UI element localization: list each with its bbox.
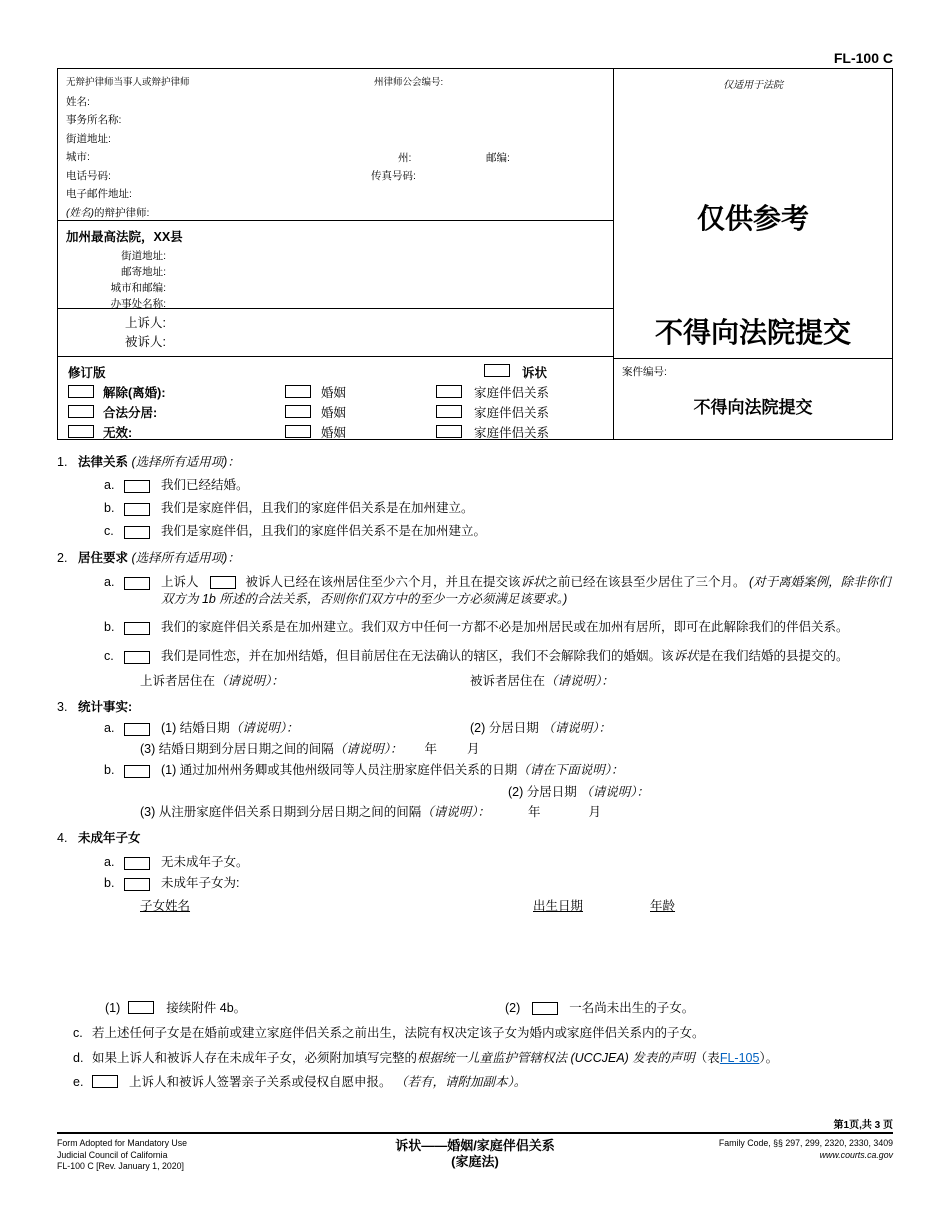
party-box: 上诉人: 被诉人: (58, 309, 613, 357)
footer-family-code: Family Code, §§ 297, 299, 2320, 2330, 34… (555, 1138, 893, 1150)
petitioner-residence-text: 上诉者居住在 (140, 674, 215, 688)
item-2c-residence-row: 上诉者居住在（请说明）： 被诉者居住在（请说明）： (57, 673, 893, 690)
checkbox-3b-partnership-dates[interactable] (124, 765, 150, 778)
court-use-only-label: 仅适用于法院 (614, 69, 892, 91)
item-1b-letter: b. (104, 500, 124, 517)
item-3b2-row: (2) 分居日期 （请说明）： (57, 784, 893, 801)
section-4-number: 4. (57, 830, 78, 847)
item-2a-row: a. 上诉人 被诉人已经在该州居住至少六个月，并且在提交该诉状之前已经在该县至少… (57, 574, 893, 608)
item-2c-text-1: 我们是同性恋，并在加州结婚，但目前居住在无法确认的辖区，我们不会解除我们的婚姻。… (161, 649, 674, 663)
checkbox-1b-partners-ca[interactable] (124, 503, 150, 516)
footer-adoption-line: Form Adopted for Mandatory Use (57, 1138, 395, 1150)
item-4d-declaration-title: 根据统一儿童监护管辖权法 (UCCJEA) 发表的声明 (417, 1051, 695, 1065)
checkbox-3a-marriage-dates[interactable] (124, 723, 150, 736)
item-4b2-text: 一名尚未出生的子女。 (569, 1001, 694, 1015)
footer-website: www.courts.ca.gov (555, 1150, 893, 1162)
section-1-note: (选择所有适用项)： (132, 455, 240, 469)
item-3a-letter: a. (104, 720, 124, 737)
dissolution-label: 解除(离婚): (103, 383, 166, 401)
item-3b2-label: (2) 分居日期 (508, 785, 577, 799)
state-bar-number-label: 州律师公会编号: (374, 74, 443, 93)
item-2a-petition-word: 诉状 (521, 575, 546, 589)
case-number-label[interactable]: 案件编号: (622, 364, 884, 379)
respondent-residence-note: （请说明）： (545, 674, 614, 688)
attorney-for-name: (姓名) (66, 207, 94, 219)
item-2c-letter: c. (104, 648, 124, 665)
item-4a-text: 无未成年子女。 (161, 854, 893, 871)
item-3b2-text: (2) 分居日期 （请说明）： (508, 784, 649, 801)
section-4-title-row: 4. 未成年子女 (57, 830, 893, 847)
court-box: 加州最高法院，XX县 街道地址: 邮寄地址: 城市和邮编: 办事处名称: (58, 221, 613, 309)
case-number-stamp: 不得向法院提交 (614, 393, 892, 418)
respondent-residence-text: 被诉者居住在 (470, 674, 545, 688)
item-3a3-note: （请说明）： (334, 742, 403, 756)
nullity-marriage-label: 婚姻 (321, 423, 346, 441)
item-4d-text-1: 如果上诉人和被诉人存在未成年子女，必须附加填写完整的 (92, 1051, 417, 1065)
item-2c-text: 我们是同性恋，并在加州结婚，但目前居住在无法确认的辖区，我们不会解除我们的婚姻。… (161, 648, 893, 665)
item-3b3-note: （请说明）： (421, 805, 490, 819)
firm-name-label[interactable]: 事务所名称: (66, 111, 605, 130)
checkbox-dissolution-partnership[interactable] (436, 385, 462, 398)
form-body: 1. 法律关系 (选择所有适用项)： a. 我们已经结婚。 b. 我们是家庭伴侣… (57, 452, 893, 1091)
children-list-blank-area[interactable] (57, 915, 893, 1000)
item-3a1-note: （请说明）： (230, 721, 299, 735)
item-4d-text-2: （表 (695, 1051, 720, 1065)
item-4e-text: 上诉人和被诉人签署亲子关系或侵权自愿申报。 （若有，请附加副本）。 (129, 1074, 526, 1091)
amended-label: 修订版 (68, 363, 106, 381)
item-4b-continued-row: (1) 接续附件 4b。 (2) 一名尚未出生的子女。 (57, 1000, 893, 1017)
footer-left: Form Adopted for Mandatory Use Judicial … (57, 1138, 395, 1173)
item-3b3-years: 年 (528, 804, 541, 821)
nullity-partnership-label: 家庭伴侣关系 (474, 423, 549, 441)
item-3b3-row: (3) 从注册家庭伴侣关系日期到分居日期之间的间隔（请说明）： 年 月 (57, 804, 893, 821)
item-2c-text-2: 是在我们结婚的县提交的。 (699, 649, 849, 663)
item-3a2-label: (2) 分居日期 (470, 721, 539, 735)
footer: Form Adopted for Mandatory Use Judicial … (57, 1138, 893, 1173)
item-2a-text-2: 之前已经在该县至少居住了三个月。 (546, 575, 746, 589)
checkbox-2a-petitioner[interactable] (124, 577, 150, 590)
section-2-title-row: 2. 居住要求 (选择所有适用项)： (57, 550, 893, 567)
item-2b-letter: b. (104, 619, 124, 636)
item-4b-row: b. 未成年子女为: (57, 875, 893, 893)
item-4a-letter: a. (104, 854, 124, 871)
legal-separation-label: 合法分居: (103, 403, 157, 421)
item-2a-letter: a. (104, 574, 124, 591)
item-3a3-text: (3) 结婚日期到分居日期之间的间隔（请说明）： (140, 741, 403, 758)
petitioner-residence-note: （请说明）： (215, 674, 284, 688)
section-3-number: 3. (57, 699, 78, 716)
footer-revision-line: FL-100 C [Rev. January 1, 2020] (57, 1161, 395, 1173)
checkbox-2b-partnership-ca[interactable] (124, 622, 150, 635)
checkbox-2a-respondent[interactable] (210, 576, 236, 589)
item-4b1-text: 接续附件 4b。 (166, 1000, 246, 1017)
item-4e-text-1: 上诉人和被诉人签署亲子关系或侵权自愿申报。 (129, 1075, 392, 1089)
court-use-only-box: 仅适用于法院 仅供参考 不得向法院提交 (614, 69, 892, 359)
footer-divider (57, 1132, 893, 1134)
checkbox-separation-partnership[interactable] (436, 405, 462, 418)
item-4b2-group: (2) 一名尚未出生的子女。 (505, 1000, 694, 1017)
item-1a-text: 我们已经结婚。 (161, 477, 893, 494)
petitioner-label[interactable]: 上诉人: (66, 314, 166, 333)
checkbox-1c-partners-not-ca[interactable] (124, 526, 150, 539)
checkbox-legal-separation[interactable] (68, 405, 94, 418)
checkbox-nullity-marriage[interactable] (285, 425, 311, 438)
section-2-number: 2. (57, 550, 78, 567)
section-2-title-text: 居住要求 (78, 551, 128, 565)
draft-stamp: 仅供参考 (614, 197, 892, 237)
item-4e-row: e. 上诉人和被诉人签署亲子关系或侵权自愿申报。 （若有，请附加副本）。 (57, 1074, 893, 1091)
attorney-for-suffix: 的辩护律师: (94, 207, 149, 219)
page-number: 第1页,共 3 页 (834, 1116, 893, 1131)
item-1b-row: b. 我们是家庭伴侣，且我们的家庭伴侣关系是在加州建立。 (57, 500, 893, 518)
item-4a-row: a. 无未成年子女。 (57, 854, 893, 872)
item-3a1-label: (1) 结婚日期 (161, 721, 230, 735)
section-3-title: 统计事实: (78, 699, 132, 716)
dissolution-marriage-label: 婚姻 (321, 383, 346, 401)
item-3a2-text: (2) 分居日期 （请说明）： (470, 720, 611, 737)
column-child-name: 子女姓名 (140, 898, 190, 915)
state-label[interactable]: 州: (398, 149, 411, 168)
item-3b1-label: (1) 通过加州州务卿或其他州级同等人员注册家庭伴侣关系的日期 (161, 763, 517, 777)
item-4b2-number: (2) (505, 1001, 520, 1015)
petition-label: 诉状 (522, 363, 547, 381)
attorney-caption: 无辩护律师当事人或辩护律师 (66, 74, 605, 93)
section-2-note: (选择所有适用项)： (132, 551, 240, 565)
item-1a-letter: a. (104, 477, 124, 494)
item-3a-row: a. (1) 结婚日期（请说明）： (2) 分居日期 （请说明）： (57, 720, 893, 738)
checkbox-dissolution[interactable] (68, 385, 94, 398)
section-1-title-row: 1. 法律关系 (选择所有适用项)： (57, 454, 893, 471)
item-4b-letter: b. (104, 875, 124, 892)
item-4c-row: c. 若上述任何子女是在婚前或建立家庭伴侣关系之前出生，法院有权决定该子女为婚内… (57, 1025, 893, 1042)
item-3b-row: b. (1) 通过加州州务卿或其他州级同等人员注册家庭伴侣关系的日期（请在下面说… (57, 762, 893, 780)
item-3b1-text: (1) 通过加州州务卿或其他州级同等人员注册家庭伴侣关系的日期（请在下面说明）： (161, 762, 893, 779)
item-3b2-note: （请说明）： (580, 785, 649, 799)
separation-partnership-label: 家庭伴侣关系 (474, 403, 549, 421)
do-not-file-stamp: 不得向法院提交 (614, 311, 892, 351)
footer-title-line1: 诉状——婚姻/家庭伴侣关系 (395, 1138, 555, 1154)
footer-right: Family Code, §§ 297, 299, 2320, 2330, 34… (555, 1138, 893, 1173)
court-street-label[interactable]: 街道地址: (66, 248, 166, 264)
section-1-number: 1. (57, 454, 78, 471)
form-code: FL-100 C (834, 50, 893, 66)
item-4b1-number: (1) (105, 1000, 120, 1017)
section-3-title-row: 3. 统计事实: (57, 699, 893, 716)
respondent-label[interactable]: 被诉人: (66, 333, 166, 352)
item-4d-text: 如果上诉人和被诉人存在未成年子女，必须附加填写完整的根据统一儿童监护管辖权法 (… (92, 1050, 778, 1067)
item-4e-letter: e. (73, 1074, 92, 1091)
section-1-title: 法律关系 (选择所有适用项)： (78, 454, 240, 471)
children-table-header-row: 子女姓名 出生日期 年龄 (57, 898, 893, 915)
court-city-zip-label[interactable]: 城市和邮编: (66, 280, 166, 296)
footer-title-line2: (家庭法) (395, 1154, 555, 1170)
checkbox-dissolution-marriage[interactable] (285, 385, 311, 398)
column-age: 年龄 (650, 898, 675, 915)
checkbox-nullity-partnership[interactable] (436, 425, 462, 438)
header-table: 无辩护律师当事人或辩护律师 州律师公会编号: 姓名: 事务所名称: 街道地址: … (57, 68, 893, 440)
section-1-title-text: 法律关系 (78, 455, 128, 469)
item-2a-text-1: 被诉人已经在该州居住至少六个月，并且在提交该 (245, 575, 520, 589)
respondent-residence-label[interactable]: 被诉者居住在（请说明）： (470, 673, 614, 690)
zip-label[interactable]: 邮编: (486, 149, 510, 168)
item-3b-letter: b. (104, 762, 124, 779)
item-2c-row: c. 我们是同性恋，并在加州结婚，但目前居住在无法确认的辖区，我们不会解除我们的… (57, 648, 893, 666)
petition-type-box: 修订版 诉状 解除(离婚): 婚姻 家庭伴侣关系 合法分居: 婚姻 家庭伴侣关系… (58, 357, 613, 439)
checkbox-4b1-continued-attachment[interactable] (128, 1001, 154, 1014)
case-number-box: 案件编号: 不得向法院提交 (614, 359, 892, 439)
item-2b-row: b. 我们的家庭伴侣关系是在加州建立。我们双方中任何一方都不必是加州居民或在加州… (57, 619, 893, 637)
item-3a2-note: （请说明）： (542, 721, 611, 735)
item-3b3-label: (3) 从注册家庭伴侣关系日期到分居日期之间的间隔 (140, 805, 421, 819)
item-3b1-note: （请在下面说明）： (517, 763, 623, 777)
item-2c-petition-word: 诉状 (674, 649, 699, 663)
street-address-label[interactable]: 街道地址: (66, 130, 605, 149)
item-2a-text: 上诉人 被诉人已经在该州居住至少六个月，并且在提交该诉状之前已经在该县至少居住了… (161, 574, 893, 608)
checkbox-separation-marriage[interactable] (285, 405, 311, 418)
fax-label[interactable]: 传真号码: (371, 167, 416, 186)
attorney-box: 无辩护律师当事人或辩护律师 州律师公会编号: 姓名: 事务所名称: 街道地址: … (58, 69, 613, 221)
form-page: FL-100 C 无辩护律师当事人或辩护律师 州律师公会编号: 姓名: 事务所名… (0, 0, 950, 1230)
checkbox-2c-same-sex[interactable] (124, 651, 150, 664)
item-3a3-years: 年 (425, 741, 438, 758)
checkbox-nullity[interactable] (68, 425, 94, 438)
item-3a3-row: (3) 结婚日期到分居日期之间的间隔（请说明）： 年 月 (57, 741, 893, 758)
footer-form-title: 诉状——婚姻/家庭伴侣关系 (家庭法) (395, 1138, 555, 1173)
separation-marriage-label: 婚姻 (321, 403, 346, 421)
checkbox-1a-married[interactable] (124, 480, 150, 493)
column-birthdate: 出生日期 (533, 898, 583, 915)
fl-105-link[interactable]: FL-105 (720, 1051, 760, 1065)
item-4c-letter: c. (73, 1025, 92, 1042)
petitioner-residence-label[interactable]: 上诉者居住在（请说明）： (140, 673, 284, 690)
item-4e-note: （若有，请附加副本）。 (395, 1075, 526, 1089)
email-label[interactable]: 电子邮件地址: (66, 185, 605, 204)
attorney-for-label[interactable]: (姓名)的辩护律师: (66, 204, 605, 223)
checkbox-4a-no-minor-children[interactable] (124, 857, 150, 870)
item-1a-row: a. 我们已经结婚。 (57, 477, 893, 495)
checkbox-4b-minor-children[interactable] (124, 878, 150, 891)
phone-label[interactable]: 电话号码: (66, 167, 605, 186)
item-4d-text-3: ）。 (759, 1051, 778, 1065)
item-4b-text: 未成年子女为: (161, 875, 893, 892)
item-4d-row: d. 如果上诉人和被诉人存在未成年子女，必须附加填写完整的根据统一儿童监护管辖权… (57, 1050, 893, 1067)
item-3b3-text: (3) 从注册家庭伴侣关系日期到分居日期之间的间隔（请说明）： (140, 804, 490, 821)
item-1c-text: 我们是家庭伴侣，且我们的家庭伴侣关系不是在加州建立。 (161, 523, 893, 540)
checkbox-4e-voluntary-declaration[interactable] (92, 1075, 118, 1088)
item-2b-text: 我们的家庭伴侣关系是在加州建立。我们双方中任何一方都不必是加州居民或在加州有居所… (161, 619, 893, 636)
city-label[interactable]: 城市: (66, 148, 605, 167)
checkbox-petition[interactable] (484, 364, 510, 377)
item-1b-text: 我们是家庭伴侣，且我们的家庭伴侣关系是在加州建立。 (161, 500, 893, 517)
item-1c-letter: c. (104, 523, 124, 540)
dissolution-partnership-label: 家庭伴侣关系 (474, 383, 549, 401)
section-2-title: 居住要求 (选择所有适用项)： (78, 550, 240, 567)
item-4d-letter: d. (73, 1050, 92, 1067)
nullity-label: 无效: (103, 423, 132, 441)
item-3b3-months: 月 (589, 804, 602, 821)
checkbox-4b2-unborn-child[interactable] (532, 1002, 558, 1015)
item-2a-petitioner-word: 上诉人 (161, 575, 199, 589)
item-1c-row: c. 我们是家庭伴侣，且我们的家庭伴侣关系不是在加州建立。 (57, 523, 893, 541)
attorney-name-label[interactable]: 姓名: (66, 93, 605, 112)
item-4c-text: 若上述任何子女是在婚前或建立家庭伴侣关系之前出生，法院有权决定该子女为婚内或家庭… (92, 1025, 705, 1042)
court-mailing-label[interactable]: 邮寄地址: (66, 264, 166, 280)
footer-council-line: Judicial Council of California (57, 1150, 395, 1162)
court-title: 加州最高法院，XX县 (66, 227, 605, 245)
section-4-title: 未成年子女 (78, 830, 141, 847)
item-3a3-label: (3) 结婚日期到分居日期之间的间隔 (140, 742, 334, 756)
item-3a3-months: 月 (467, 741, 480, 758)
